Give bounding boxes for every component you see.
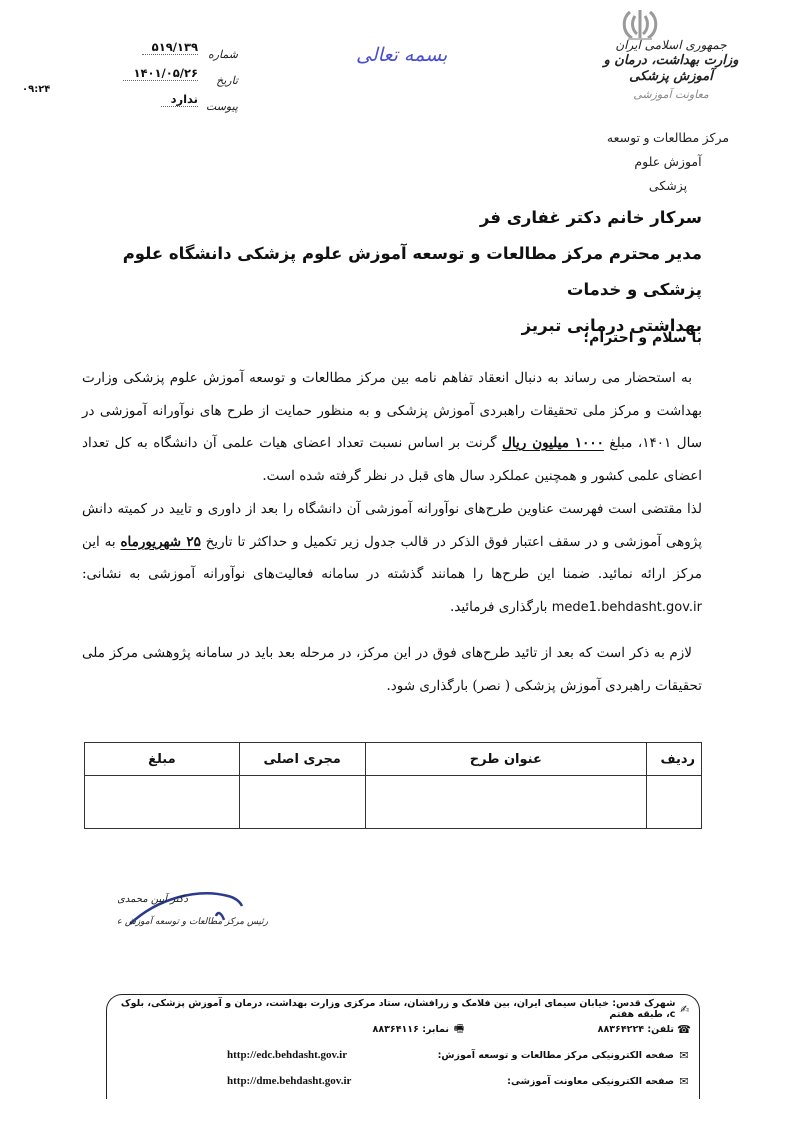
footer-phone-row: ☎ تلفن: ۸۸۳۶۴۲۲۴ 🖷 نمابر: ۸۸۳۶۴۱۱۶ xyxy=(115,1019,691,1039)
date-row: ۱۴۰۱/۰۵/۲۶ تاریخ xyxy=(108,66,238,92)
dme-label: صفحه الکترونیکی معاونت آموزشی: xyxy=(507,1076,674,1087)
fax-number: ۸۸۳۶۴۱۱۶ xyxy=(373,1024,419,1035)
addressee: سرکار خانم دکتر غفاری فر مدیر محترم مرکز… xyxy=(72,200,702,344)
signature: دکتر آیین محمدی رئیس مرکز مطالعات و توسع… xyxy=(118,880,318,940)
fax-group: 🖷 نمابر: ۸۸۳۶۴۱۱۶ xyxy=(373,1020,466,1039)
footer-edc-row: ✉ صفحه الکترونیکی مرکز مطالعات و توسعه آ… xyxy=(115,1045,691,1065)
number-label: شماره xyxy=(208,48,238,61)
center-name-line2: پزشکی xyxy=(588,174,748,198)
attachment-row: ندارد پیوست xyxy=(108,92,238,118)
deadline: ۲۵ شهریورماه xyxy=(120,534,200,550)
paragraph-3: لازم به ذکر است که بعد از تائید طرح‌های … xyxy=(82,637,702,702)
mail-icon: ✉ xyxy=(677,1075,691,1088)
col-amount: مبلغ xyxy=(85,743,240,776)
footer-dme-row: ✉ صفحه الکترونیکی معاونت آموزشی: http://… xyxy=(115,1071,691,1091)
footer-address: شهرک قدس: خیابان سیمای ایران، بین فلامک … xyxy=(115,998,675,1020)
plans-table: ردیف عنوان طرح مجری اصلی مبلغ xyxy=(84,742,702,829)
attachment-label: پیوست xyxy=(206,100,238,113)
pen-icon: ✍ xyxy=(678,1003,691,1016)
table-row xyxy=(85,776,702,829)
system-url-link[interactable]: mede1.behdasht.gov.ir xyxy=(552,600,702,615)
center-name: مرکز مطالعات و توسعه آموزش علوم پزشکی xyxy=(588,126,748,198)
time-stamp: ۰۹:۲۴ xyxy=(22,84,50,95)
phone-number: ۸۸۳۶۴۲۲۴ xyxy=(598,1024,644,1035)
date-label: تاریخ xyxy=(216,74,238,87)
iran-emblem-icon xyxy=(618,6,662,42)
footer-address-row: ✍ شهرک قدس: خیابان سیمای ایران، بین فلام… xyxy=(115,999,691,1019)
footer-contact-box: ✍ شهرک قدس: خیابان سیمای ایران، بین فلام… xyxy=(106,994,700,1099)
letter-meta: ۵۱۹/۱۳۹ شماره ۱۴۰۱/۰۵/۲۶ تاریخ ندارد پیو… xyxy=(108,40,238,118)
edc-label: صفحه الکترونیکی مرکز مطالعات و توسعه آمو… xyxy=(438,1050,674,1061)
republic-title: جمهوری اسلامی ایران xyxy=(596,38,746,53)
fax-icon: 🖷 xyxy=(452,1020,466,1039)
cell-main-executor[interactable] xyxy=(239,776,365,829)
paragraph-2: لذا مقتضی است فهرست عناوین طرح‌های نوآور… xyxy=(82,493,702,624)
p2-text-c: بارگذاری فرمائید. xyxy=(450,599,548,615)
paragraph-1: به استحضار می رساند به دنبال انعقاد تفاه… xyxy=(82,362,702,492)
greeting: با سلام و احترام؛ xyxy=(584,330,702,346)
phone-icon: ☎ xyxy=(677,1023,691,1036)
cell-plan-title[interactable] xyxy=(365,776,646,829)
fax-label: نمابر: xyxy=(422,1024,449,1035)
center-name-line1: مرکز مطالعات و توسعه آموزش علوم xyxy=(588,126,748,174)
grant-amount: ۱۰۰۰ میلیون ریال xyxy=(502,435,604,451)
attachment-value: ندارد xyxy=(161,92,198,107)
edc-url-link[interactable]: http://edc.behdasht.gov.ir xyxy=(227,1049,347,1061)
phone-label: تلفن: xyxy=(647,1024,674,1035)
signer-title: رئیس مرکز مطالعات و توسعه آموزش علوم پزش… xyxy=(118,915,269,927)
col-plan-title: عنوان طرح xyxy=(365,743,646,776)
ministry-header: جمهوری اسلامی ایران وزارت بهداشت، درمان … xyxy=(596,38,746,101)
number-value: ۵۱۹/۱۳۹ xyxy=(142,40,198,55)
signer-name: دکتر آیین محمدی xyxy=(118,892,189,905)
deputy-title: معاونت آموزشی xyxy=(596,88,746,102)
ministry-title: وزارت بهداشت، درمان و آموزش پزشکی xyxy=(596,53,746,86)
col-row-number: ردیف xyxy=(647,743,702,776)
number-row: ۵۱۹/۱۳۹ شماره xyxy=(108,40,238,66)
p3-text: لازم به ذکر است که بعد از تائید طرح‌های … xyxy=(82,645,702,694)
cell-amount[interactable] xyxy=(85,776,240,829)
addressee-name: سرکار خانم دکتر غفاری فر xyxy=(72,200,702,236)
mail-icon: ✉ xyxy=(677,1049,691,1062)
addressee-title: مدیر محترم مرکز مطالعات و توسعه آموزش عل… xyxy=(72,236,702,308)
bismillah: بسمه تعالی xyxy=(356,44,447,66)
table-header-row: ردیف عنوان طرح مجری اصلی مبلغ xyxy=(85,743,702,776)
dme-url-link[interactable]: http://dme.behdasht.gov.ir xyxy=(227,1075,351,1087)
col-main-executor: مجری اصلی xyxy=(239,743,365,776)
cell-row-number[interactable] xyxy=(647,776,702,829)
date-value: ۱۴۰۱/۰۵/۲۶ xyxy=(123,66,198,81)
